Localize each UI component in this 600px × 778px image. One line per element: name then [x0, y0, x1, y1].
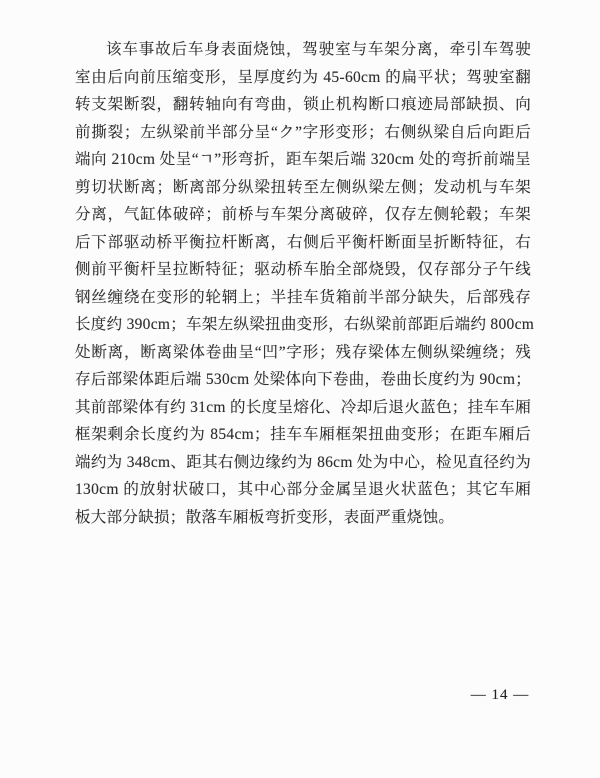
text-line: 框架剩余长度约为 854cm；挂车车厢框架扭曲变形；在距车厢后: [75, 421, 531, 449]
text-line: 后下部驱动桥平衡拉杆断离，右侧后平衡杆断面呈折断特征，右: [75, 229, 531, 257]
text-line: 分离，气缸体破碎；前桥与车架分离破碎，仅存左侧轮毂；车架: [75, 201, 531, 229]
text-line: 钢丝缠绕在变形的轮辋上；半挂车货箱前半部分缺失，后部残存: [75, 284, 531, 312]
report-paragraph: 该车事故后车身表面烧蚀，驾驶室与车架分离，牵引车驾驶 室由后向前压缩变形，呈厚度…: [75, 36, 531, 531]
text-line: 室由后向前压缩变形，呈厚度约为 45-60cm 的扁平状；驾驶室翻: [75, 64, 531, 92]
text-line: 其前部梁体有约 31cm 的长度呈熔化、冷却后退火蓝色；挂车车厢: [75, 394, 531, 422]
document-page: 该车事故后车身表面烧蚀，驾驶室与车架分离，牵引车驾驶 室由后向前压缩变形，呈厚度…: [0, 0, 600, 778]
text-line: 长度约 390cm；车架左纵梁扭曲变形，右纵梁前部距后端约 800cm: [75, 311, 531, 339]
text-line: 130cm 的放射状破口，其中心部分金属呈退火状蓝色；其它车厢: [75, 476, 531, 504]
text-line: 剪切状断离；断离部分纵梁扭转至左侧纵梁左侧；发动机与车架: [75, 174, 531, 202]
page-number: — 14 —: [455, 687, 545, 704]
text-line: 存后部梁体距后端 530cm 处梁体向下卷曲，卷曲长度约为 90cm；: [75, 366, 531, 394]
text-line: 该车事故后车身表面烧蚀，驾驶室与车架分离，牵引车驾驶: [75, 36, 531, 64]
text-line: 侧前平衡杆呈拉断特征；驱动桥车胎全部烧毁，仅存部分子午线: [75, 256, 531, 284]
text-line: 转支架断裂，翻转轴向有弯曲，锁止机构断口痕迹局部缺损、向: [75, 91, 531, 119]
text-line: 板大部分缺损；散落车厢板弯折变形，表面严重烧蚀。: [75, 504, 531, 532]
text-line: 处断离，断离梁体卷曲呈“凹”字形；残存梁体左侧纵梁缠绕；残: [75, 339, 531, 367]
text-line: 前撕裂；左纵梁前半部分呈“ク”字形变形；右侧纵梁自后向距后: [75, 119, 531, 147]
text-line: 端约为 348cm、距其右侧边缘约为 86cm 处为中心，检见直径约为: [75, 449, 531, 477]
text-line: 端向 210cm 处呈“ㄱ”形弯折，距车架后端 320cm 处的弯折前端呈: [75, 146, 531, 174]
